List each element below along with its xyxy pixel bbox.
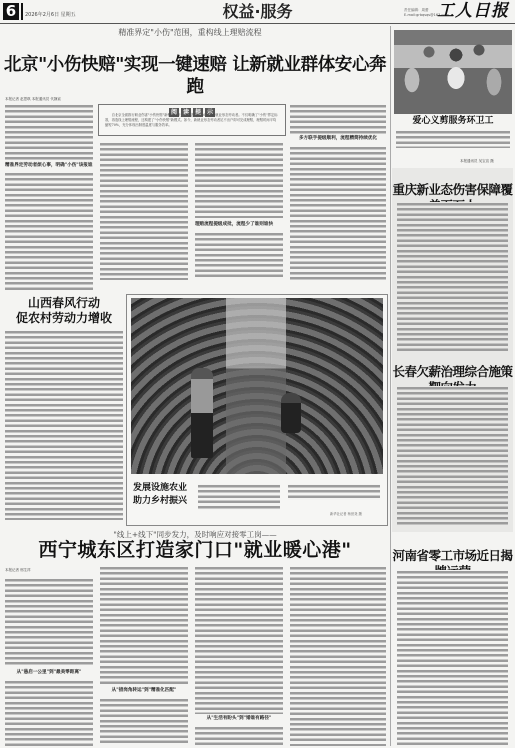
xining-headline: 西宁城东区打造家门口"就业暖心港" xyxy=(0,538,390,562)
xining-column-2b xyxy=(100,698,188,746)
xining-column-1b xyxy=(5,680,93,746)
shanxi-title-line-2: 促农村劳动力增收 xyxy=(4,311,124,326)
lead-column-1b xyxy=(5,172,93,290)
masthead: 6 2026年2月6日 星期五 权益·服务 责任编辑：周蕾 E-mail:grb… xyxy=(0,0,515,24)
xining-column-3b xyxy=(195,726,283,746)
xining-column-1a xyxy=(5,578,93,666)
subhead-text: 从"悬启一公里"到"最美零距离" xyxy=(3,668,95,677)
xining-column-3a xyxy=(195,566,283,714)
henan-story-text xyxy=(397,570,508,746)
subhead-text: 从"生活有盼头"到"婚谁有路径" xyxy=(193,714,285,723)
xining-subhead-3: 从"生活有盼头"到"婚谁有路径" xyxy=(193,714,285,724)
xining-byline: 本报记者 邢生祥 xyxy=(5,568,31,573)
column-divider xyxy=(390,26,391,746)
lead-headline: 北京"小伤快赔"实现一键速赔 让新就业群体安心奔跑 xyxy=(0,54,390,98)
xining-subhead-1: 从"悬启一公里"到"最美零距离" xyxy=(3,668,95,678)
lead-column-3a xyxy=(195,142,283,218)
greenhouse-vineyard-photo xyxy=(131,298,383,474)
farm-photo-caption-2 xyxy=(288,484,380,500)
xining-subhead-2: 从"措岗角转运"到"精准化匹配" xyxy=(98,686,190,696)
lead-kicker: 精准界定"小伤"范围，重构线上理赔流程 xyxy=(100,28,280,38)
lead-column-4b xyxy=(290,146,386,280)
barber-photo xyxy=(394,30,512,114)
reading-tips-box: 阅读提示 自北京全面推行职业伤害"小伤快赔"新模式以来，已覆盖157.26万名新… xyxy=(98,104,286,136)
lead-column-3b xyxy=(195,232,283,280)
chongqing-story-text xyxy=(397,202,508,354)
shanxi-story-title: 山西春风行动 促农村劳动力增收 xyxy=(4,296,124,326)
farm-photo-caption-1 xyxy=(198,484,280,510)
barber-photo-title: 爱心义剪服务环卫工 xyxy=(394,116,512,127)
lead-column-2 xyxy=(100,142,188,280)
lead-subhead-1: 精准界定劳动者烦心事，明确"小伤"该报谁 xyxy=(5,161,93,171)
barber-photo-credit: 本报通讯员 吴宝宣 摄 xyxy=(460,159,494,164)
lead-subhead-3: 多方联手提级顺利，流程精简持续优化 xyxy=(288,134,388,144)
lead-column-1a xyxy=(5,104,93,160)
farm-title-line-1: 发展设施农业 xyxy=(133,482,193,495)
shanxi-story-text xyxy=(5,330,123,520)
xining-column-2a xyxy=(100,566,188,686)
farm-photo-title: 发展设施农业 助力乡村振兴 xyxy=(133,482,193,508)
subhead-text: 从"措岗角转运"到"精准化匹配" xyxy=(98,686,190,695)
farmer-figure xyxy=(191,368,213,458)
lead-byline: 本报记者 赵思琪 本报通讯员 代静宸 xyxy=(5,97,61,102)
subhead-text: 精准界定劳动者烦心事，明确"小伤"该报谁 xyxy=(5,161,93,170)
farm-title-line-2: 助力乡村振兴 xyxy=(133,495,193,508)
changchun-story-text xyxy=(397,386,508,526)
subhead-text: 理赔流程提级成批，流程少了谁则谁快 xyxy=(190,220,278,229)
barber-photo-caption xyxy=(396,130,510,148)
reading-tips-text: 自北京全面推行职业伤害"小伤快赔"新模式以来，已覆盖157.26万名新就业形态劳… xyxy=(105,113,279,128)
newspaper-logo: 工人日报 xyxy=(437,1,509,21)
crouching-farmer-figure xyxy=(281,393,301,433)
xining-column-4 xyxy=(290,566,386,746)
farm-photo-credit: 新华社记者 杨世尧 摄 xyxy=(330,512,362,517)
shanxi-title-line-1: 山西春风行动 xyxy=(4,296,124,311)
subhead-text: 多方联手提级顺利，流程精简持续优化 xyxy=(288,134,388,143)
lead-subhead-2: 理赔流程提级成批，流程少了谁则谁快 xyxy=(190,220,278,230)
